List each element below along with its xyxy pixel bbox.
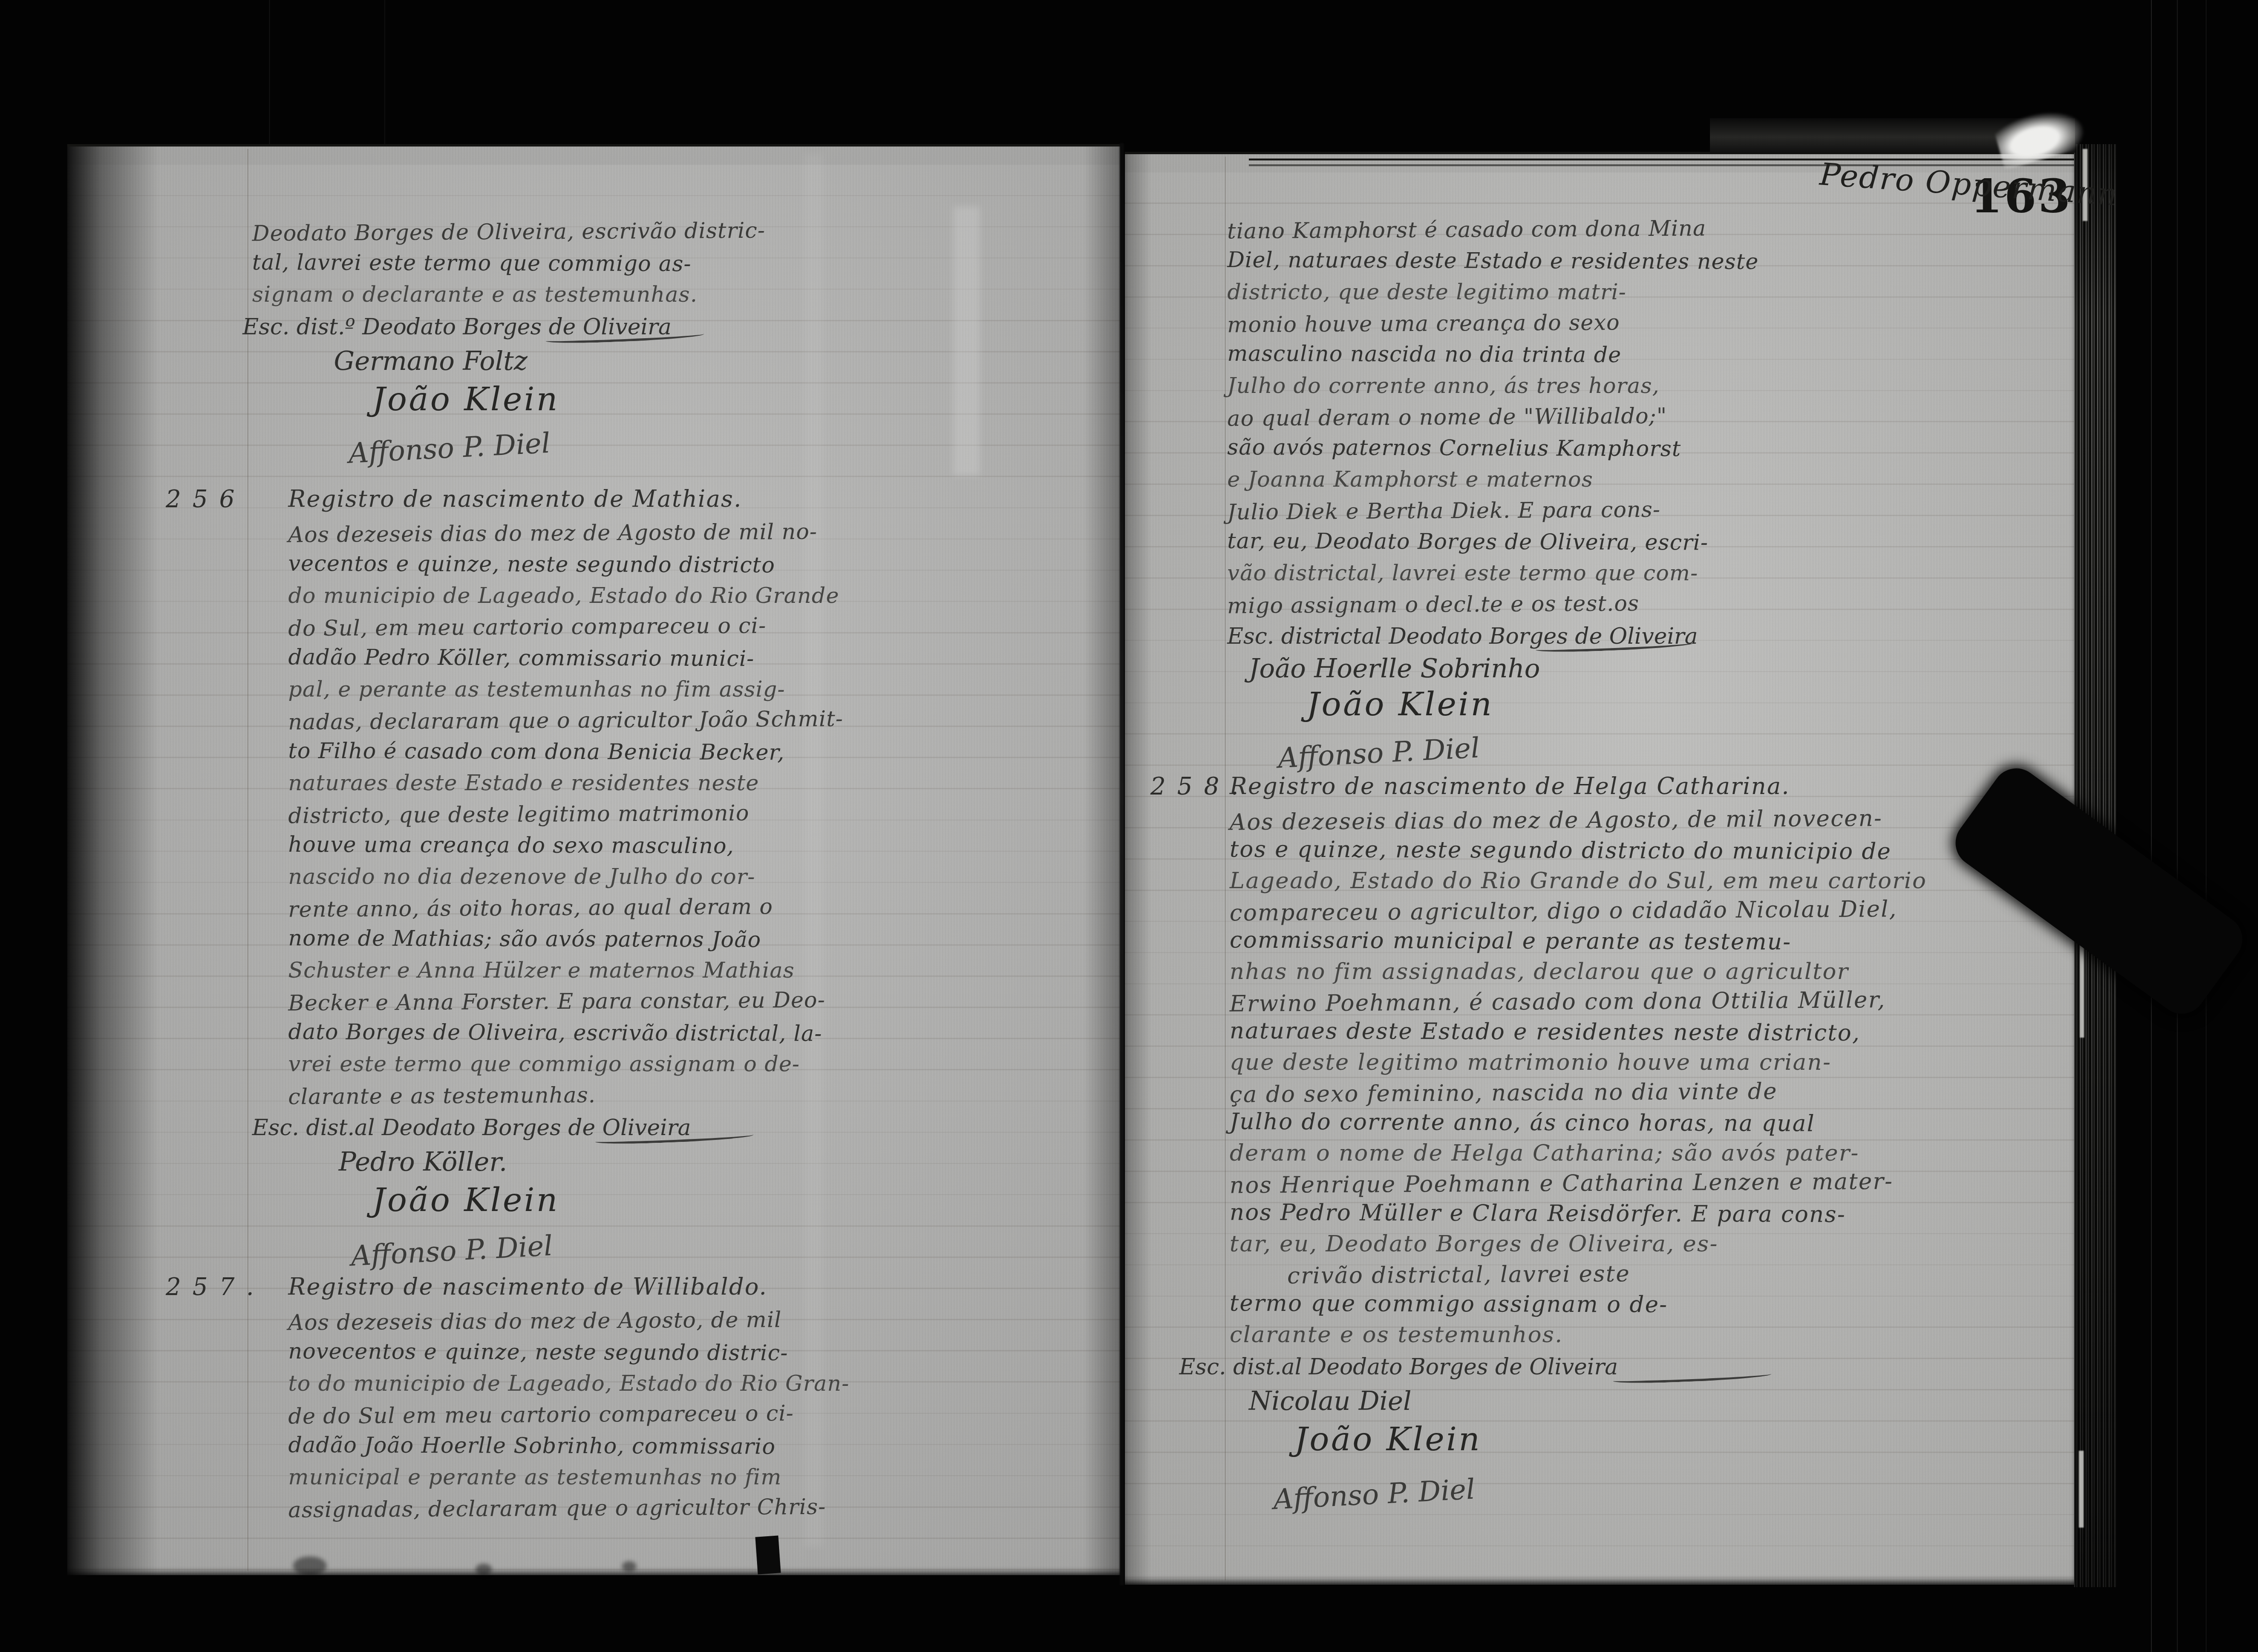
- handwritten-line: assignadas, declararam que o agricultor …: [288, 1491, 850, 1525]
- handwritten-line: dadão João Hoerlle Sobrinho, commissario: [288, 1429, 850, 1462]
- handwritten-line: nascido no dia dezenove de Julho do cor-: [288, 861, 843, 892]
- handwritten-line: são avós paternos Cornelius Kamphorst: [1227, 431, 1759, 465]
- handwritten-line: migo assignam o decl.te e os test.os: [1227, 587, 1759, 622]
- handwritten-line: tar, eu, Deodato Borges de Oliveira, esc…: [1227, 525, 1759, 558]
- entry-256: 256 Registro de nascimento de Mathias. A…: [166, 481, 843, 1265]
- clerk-closing-signature: Esc. dist.º Deodato Borges de Oliveira: [243, 310, 765, 343]
- entry-title: Registro de nascimento de Helga Catharin…: [1230, 768, 1790, 805]
- handwritten-line: novecentos e quinze, neste segundo distr…: [288, 1335, 850, 1369]
- entry-258-body: Aos dezeseis dias do mez de Agosto, de m…: [1230, 805, 1927, 1350]
- page-edge-glint: [2079, 1451, 2084, 1528]
- page-edge-glint: [2080, 937, 2084, 1038]
- handwritten-line: vão districtal, lavrei este termo que co…: [1227, 557, 1758, 588]
- entry-257-continuation: tiano Kamphorst é casado com dona Mina D…: [1227, 214, 1758, 767]
- handwritten-line: do Sul, em meu cartorio compareceu o ci-: [288, 609, 843, 644]
- handwritten-line: Diel, naturaes deste Estado e residentes…: [1227, 244, 1759, 277]
- film-scratch: [2206, 0, 2207, 1652]
- handwritten-line: crivão districtal, lavrei este: [1230, 1257, 1927, 1292]
- handwritten-line: nome de Mathias; são avós paternos João: [288, 922, 843, 955]
- handwritten-line: vecentos e quinze, neste segundo distric…: [288, 548, 843, 581]
- ink-smudge: [476, 1564, 492, 1575]
- handwritten-line: to Filho é casado com dona Benicia Becke…: [288, 735, 843, 768]
- handwritten-line: nos Pedro Müller e Clara Reisdörfer. E p…: [1230, 1197, 1927, 1230]
- film-scratch: [269, 0, 270, 144]
- handwritten-line: clarante e as testemunhas.: [288, 1077, 843, 1112]
- handwritten-line: que deste legitimo matrimonio houve uma …: [1230, 1047, 1927, 1077]
- handwritten-line: Becker e Anna Forster. E para constar, e…: [288, 984, 843, 1018]
- black-tab-bottom: [755, 1535, 781, 1574]
- handwritten-line: deram o nome de Helga Catharina; são avó…: [1230, 1138, 1927, 1168]
- entry-title: Registro de nascimento de Mathias.: [288, 481, 742, 517]
- top-frame-line-1: [1249, 159, 2074, 160]
- page-light-streak: [953, 207, 980, 476]
- handwritten-line: termo que commigo assignam o de-: [1230, 1288, 1927, 1321]
- handwritten-line: Aos dezeseis dias do mez de Agosto de mi…: [288, 515, 843, 550]
- scanned-register-photo: Pedro Oppermann 163 Deodato Borges de Ol…: [0, 0, 2258, 1652]
- handwritten-line: dadão Pedro Köller, commissario munici-: [288, 641, 843, 674]
- handwritten-line: monio houve uma creança do sexo: [1227, 306, 1759, 341]
- handwritten-line: naturaes deste Estado e residentes neste: [288, 767, 843, 798]
- entry-257: 257. Registro de nascimento de Willibald…: [166, 1269, 850, 1524]
- handwritten-line: Julio Diek e Bertha Diek. E para cons-: [1227, 493, 1759, 528]
- handwritten-line: compareceu o agricultor, digo o cidadão …: [1230, 894, 1927, 929]
- film-scratch: [384, 0, 385, 144]
- handwritten-line: tiano Kamphorst é casado com dona Mina: [1227, 212, 1759, 247]
- handwritten-line: signam o declarante e as testemunhas.: [243, 279, 765, 310]
- handwritten-line: commissario municipal e perante as teste…: [1230, 925, 1927, 957]
- handwritten-line: Schuster e Anna Hülzer e maternos Mathia…: [288, 954, 843, 986]
- entry-title: Registro de nascimento de Willibaldo.: [288, 1269, 768, 1305]
- clerk-closing-signature: Esc. dist.al Deodato Borges de Oliveira: [252, 1111, 843, 1144]
- handwritten-line: nhas no fim assignadas, declarou que o a…: [1230, 956, 1927, 987]
- handwritten-line: nos Henrique Poehmann e Catharina Lenzen…: [1230, 1166, 1927, 1201]
- entry-number: 256: [166, 481, 246, 517]
- entry-256-heading: 256 Registro de nascimento de Mathias.: [166, 481, 843, 517]
- handwritten-line: houve uma creança do sexo masculino,: [288, 829, 843, 862]
- handwritten-line: Lageado, Estado do Rio Grande do Sul, em…: [1230, 866, 1927, 896]
- handwritten-line: tar, eu, Deodato Borges de Oliveira, es-: [1230, 1229, 1927, 1259]
- film-scratch: [2151, 0, 2152, 1652]
- entry-257-heading: 257. Registro de nascimento de Willibald…: [166, 1269, 850, 1305]
- handwritten-line: ao qual deram o nome de "Willibaldo;": [1227, 400, 1759, 434]
- handwritten-line: Julho do corrente anno, ás cinco horas, …: [1230, 1106, 1927, 1139]
- handwritten-line: e Joanna Kamphorst e maternos: [1227, 464, 1758, 495]
- handwritten-line: municipal e perante as testemunhas no fi…: [288, 1461, 850, 1493]
- handwritten-line: tal, lavrei este termo que commigo as-: [243, 246, 766, 280]
- declarant-signature: Nicolau Diel: [1249, 1383, 1927, 1419]
- clerk-closing-signature: Esc. dist.al Deodato Borges de Oliveira: [1179, 1350, 1927, 1383]
- ink-smudge: [622, 1561, 636, 1572]
- handwritten-line: naturaes deste Estado e residentes neste…: [1230, 1016, 1927, 1048]
- handwritten-line: vrei este termo que commigo assignam o d…: [288, 1048, 843, 1079]
- handwritten-line: districto, que deste legitimo matrimonio: [288, 796, 843, 831]
- entry-number: 257.: [166, 1269, 265, 1305]
- clerk-closing-signature: Esc. districtal Deodato Borges de Olivei…: [1227, 620, 1758, 652]
- witness-signature: Germano Foltz: [334, 343, 765, 379]
- handwritten-line: Erwino Poehmann, é casado com dona Ottil…: [1230, 985, 1927, 1019]
- handwritten-line: do municipio de Lageado, Estado do Rio G…: [288, 580, 843, 611]
- handwritten-line: rente anno, ás oito horas, ao qual deram…: [288, 890, 843, 925]
- declarant-signature: Pedro Köller.: [339, 1144, 843, 1180]
- handwritten-line: to do municipio de Lageado, Estado do Ri…: [288, 1368, 850, 1399]
- entry-257-body: Aos dezeseis dias do mez de Agosto, de m…: [288, 1305, 850, 1524]
- ink-smudge: [293, 1556, 327, 1576]
- handwritten-line: tos e quinze, neste segundo districto do…: [1230, 834, 1927, 867]
- handwritten-line: masculino nascida no dia trinta de: [1227, 338, 1759, 371]
- book-gutter: [1120, 143, 1124, 1585]
- handwritten-line: Aos dezeseis dias do mez de Agosto, de m…: [288, 1303, 850, 1338]
- entry-258: 258. Registro de nascimento de Helga Cat…: [1150, 768, 1927, 1505]
- entry-258-heading: 258. Registro de nascimento de Helga Cat…: [1150, 768, 1927, 805]
- handwritten-line: nadas, declararam que o agricultor João …: [288, 703, 843, 737]
- handwritten-line: pal, e perante as testemunhas no fim ass…: [288, 673, 843, 705]
- handwritten-line: districto, que deste legitimo matri-: [1227, 276, 1758, 307]
- left-continuation-block: Deodato Borges de Oliveira, escrivão dis…: [243, 216, 765, 465]
- handwritten-line: ça do sexo feminino, nascida no dia vint…: [1230, 1076, 1927, 1110]
- handwritten-line: Julho do corrente anno, ás tres horas,: [1227, 370, 1758, 401]
- handwritten-line: Deodato Borges de Oliveira, escrivão dis…: [243, 215, 766, 249]
- handwritten-line: dato Borges de Oliveira, escrivão distri…: [288, 1016, 843, 1049]
- declarant-signature: João Hoerlle Sobrinho: [1249, 652, 1758, 685]
- handwritten-line: de do Sul em meu cartorio compareceu o c…: [288, 1397, 850, 1432]
- entry-256-body: Aos dezeseis dias do mez de Agosto de mi…: [288, 517, 843, 1111]
- handwritten-line: Aos dezeseis dias do mez de Agosto, de m…: [1230, 803, 1927, 838]
- film-scratch: [2177, 0, 2178, 1652]
- handwritten-line: clarante e os testemunhos.: [1230, 1320, 1927, 1350]
- entry-number: 258.: [1150, 768, 1250, 805]
